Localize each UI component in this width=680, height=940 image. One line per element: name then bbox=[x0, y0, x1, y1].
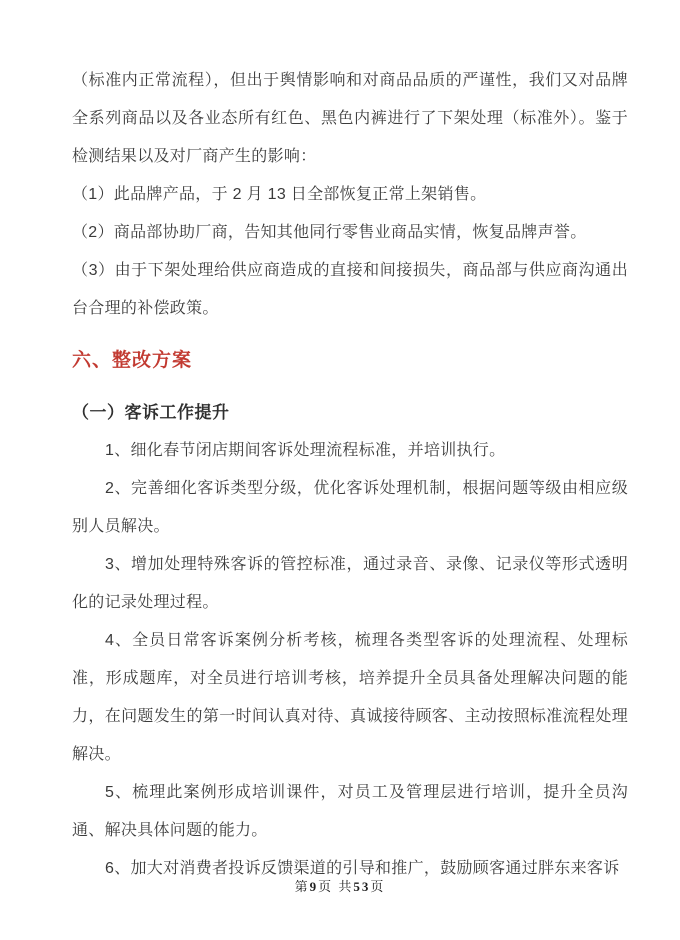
footer-label-pages: 页 bbox=[370, 879, 385, 894]
footer-total-pages: 53 bbox=[353, 879, 370, 894]
list-item-3: 3、增加处理特殊客诉的管控标准，通过录音、录像、记录仪等形式透明化的记录处理过程… bbox=[72, 546, 628, 622]
footer-label-page: 第 bbox=[295, 879, 310, 894]
paragraph-numbered-1: （1）此品牌产品，于 2 月 13 日全部恢复正常上架销售。 bbox=[72, 176, 628, 214]
list-item-2: 2、完善细化客诉类型分级，优化客诉处理机制，根据问题等级由相应级别人员解决。 bbox=[72, 470, 628, 546]
paragraph-intro: （标准内正常流程），但出于舆情影响和对商品品质的严谨性，我们又对品牌全系列商品以… bbox=[72, 62, 628, 176]
document-content: （标准内正常流程），但出于舆情影响和对商品品质的严谨性，我们又对品牌全系列商品以… bbox=[72, 62, 628, 888]
page-footer: 第9页 共53页 bbox=[0, 876, 680, 895]
footer-label-of: 页 共 bbox=[318, 879, 353, 894]
list-item-1: 1、细化春节闭店期间客诉处理流程标准，并培训执行。 bbox=[72, 432, 628, 470]
sub-heading: （一）客诉工作提升 bbox=[72, 394, 628, 432]
paragraph-numbered-2: （2）商品部协助厂商，告知其他同行零售业商品实情，恢复品牌声誉。 bbox=[72, 214, 628, 252]
paragraph-numbered-3: （3）由于下架处理给供应商造成的直接和间接损失，商品部与供应商沟通出台合理的补偿… bbox=[72, 252, 628, 328]
list-item-5: 5、梳理此案例形成培训课件，对员工及管理层进行培训，提升全员沟通、解决具体问题的… bbox=[72, 774, 628, 850]
footer-page-number: 9 bbox=[310, 879, 319, 894]
document-page: （标准内正常流程），但出于舆情影响和对商品品质的严谨性，我们又对品牌全系列商品以… bbox=[0, 0, 680, 940]
list-item-4: 4、全员日常客诉案例分析考核，梳理各类型客诉的处理流程、处理标准，形成题库，对全… bbox=[72, 622, 628, 774]
section-heading: 六、整改方案 bbox=[72, 342, 628, 380]
